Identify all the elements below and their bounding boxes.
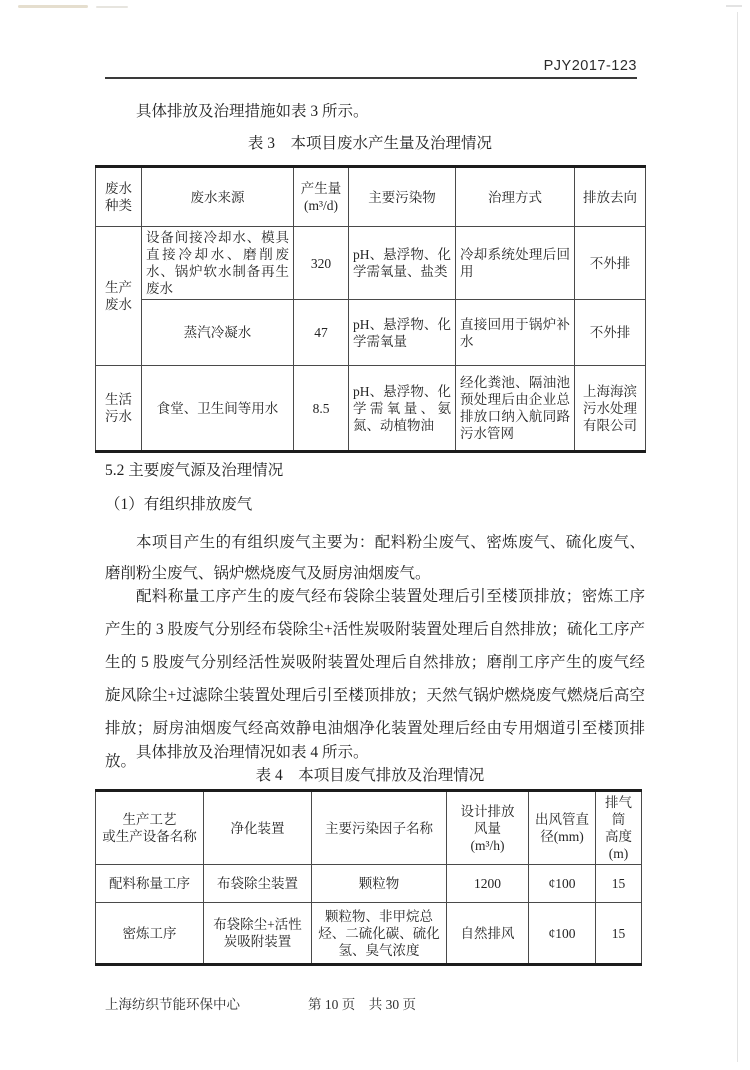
cell-process: 配料称量工序 [96,865,204,903]
cell-category: 生活 污水 [96,366,142,452]
table3-title: 表 3 本项目废水产生量及治理情况 [95,131,645,153]
table-row: 配料称量工序 布袋除尘装置 颗粒物 1200 ¢100 15 [96,865,642,903]
cell-amount: 320 [294,227,349,300]
col-header-amount: 产生量 (m³/d) [294,167,349,227]
col-header-process: 生产工艺 或生产设备名称 [96,791,204,865]
wastewater-table: 废水 种类 废水来源 产生量 (m³/d) 主要污染物 治理方式 排放去向 生产… [95,165,646,453]
header-rule [105,77,637,79]
cell-airflow: 自然排风 [447,903,529,965]
cell-source: 设备间接冷却水、模具直接冷却水、磨削废水、锅炉软水制备再生废水 [142,227,294,300]
table-row: 生活 污水 食堂、卫生间等用水 8.5 pH、悬浮物、化学需氧量、氨氮、动植物油… [96,366,646,452]
col-header-device: 净化装置 [204,791,312,865]
footer-page-number: 第 10 页 共 30 页 [308,993,416,1013]
table-row: 密炼工序 布袋除尘+活性炭吸附装置 颗粒物、非甲烷总烃、二硫化碳、硫化氢、臭气浓… [96,903,642,965]
col-header-duct-diameter: 出风管直 径(mm) [529,791,596,865]
cell-pollutants: pH、悬浮物、化学需氧量、氨氮、动植物油 [349,366,456,452]
cell-pollutants: 颗粒物 [312,865,447,903]
cell-source: 蒸汽冷凝水 [142,300,294,366]
cell-destination: 不外排 [575,300,646,366]
col-header-pollutants: 主要污染物 [349,167,456,227]
col-header-source: 废水来源 [142,167,294,227]
scan-smudge [18,5,88,8]
section-heading: 5.2 主要废气源及治理情况 [105,458,283,480]
cell-amount: 47 [294,300,349,366]
cell-duct-diameter: ¢100 [529,865,596,903]
cell-process: 密炼工序 [96,903,204,965]
col-header-airflow: 设计排放 风量 (m³/h) [447,791,529,865]
footer-organization: 上海纺织节能环保中心 [105,993,240,1013]
cell-pollutants: pH、悬浮物、化学需氧量 [349,300,456,366]
cell-category: 生产 废水 [96,227,142,366]
cell-amount: 8.5 [294,366,349,452]
table-row: 生产 废水 设备间接冷却水、模具直接冷却水、磨削废水、锅炉软水制备再生废水 32… [96,227,646,300]
cell-airflow: 1200 [447,865,529,903]
cell-destination: 不外排 [575,227,646,300]
col-header-destination: 排放去向 [575,167,646,227]
cell-stack-height: 15 [596,903,642,965]
table-header-row: 废水 种类 废水来源 产生量 (m³/d) 主要污染物 治理方式 排放去向 [96,167,646,227]
scan-page-edge [737,12,738,1062]
cell-device: 布袋除尘装置 [204,865,312,903]
cell-treatment: 冷却系统处理后回用 [456,227,575,300]
col-header-waste-type: 废水 种类 [96,167,142,227]
cell-source: 食堂、卫生间等用水 [142,366,294,452]
table-header-row: 生产工艺 或生产设备名称 净化装置 主要污染因子名称 设计排放 风量 (m³/h… [96,791,642,865]
cell-treatment: 直接回用于锅炉补水 [456,300,575,366]
document-number: PJY2017-123 [544,58,637,74]
table-row: 蒸汽冷凝水 47 pH、悬浮物、化学需氧量 直接回用于锅炉补水 不外排 [96,300,646,366]
scan-smudge [726,5,742,7]
cell-pollutants: 颗粒物、非甲烷总烃、二硫化碳、硫化氢、臭气浓度 [312,903,447,965]
col-header-stack-height: 排气筒 高度 (m) [596,791,642,865]
scan-smudge [96,6,128,8]
col-header-pollutant-factors: 主要污染因子名称 [312,791,447,865]
cell-pollutants: pH、悬浮物、化学需氧量、盐类 [349,227,456,300]
col-header-treatment: 治理方式 [456,167,575,227]
cell-device: 布袋除尘+活性炭吸附装置 [204,903,312,965]
waste-gas-table: 生产工艺 或生产设备名称 净化装置 主要污染因子名称 设计排放 风量 (m³/h… [95,789,642,966]
table4-title: 表 4 本项目废气排放及治理情况 [95,763,645,785]
cell-stack-height: 15 [596,865,642,903]
cell-duct-diameter: ¢100 [529,903,596,965]
cell-treatment: 经化粪池、隔油池预处理后由企业总排放口纳入航同路污水管网 [456,366,575,452]
cell-destination: 上海海滨污水处理有限公司 [575,366,646,452]
intro-paragraph: 具体排放及治理措施如表 3 所示。 [105,96,645,127]
section-subheading: （1）有组织排放废气 [105,492,252,514]
